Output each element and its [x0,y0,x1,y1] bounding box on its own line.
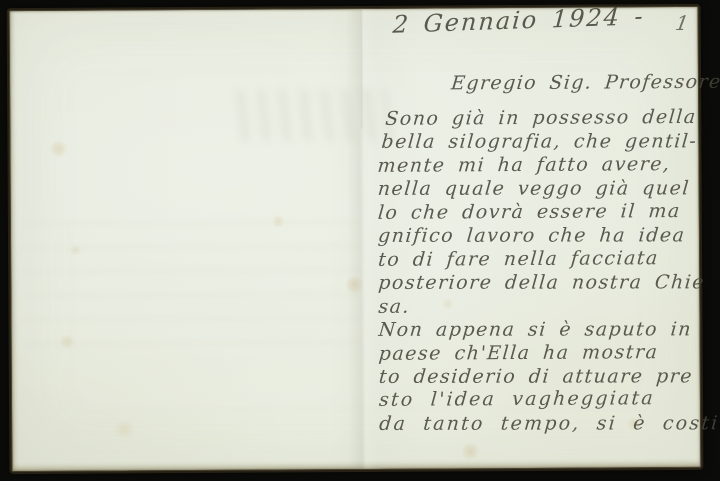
body-line: to desiderio di attuare pre [378,365,708,389]
foxing-stain [460,443,480,459]
body-line: paese ch'Ella ha mostra [378,340,708,365]
foxing-stain [112,420,136,438]
body-line: nella quale veggo già quel [377,178,707,202]
salutation-line: Egregio Sig. Professore, [450,71,720,95]
body-line: gnifico lavoro che ha idea [377,225,707,249]
date-heading: 2 Gennaio 1924 - [392,2,646,39]
letter-scan-paper: 2 Gennaio 1924 - 1 Egregio Sig. Professo… [9,6,702,472]
body-line: sto l'idea vagheggiata [378,387,708,412]
foxing-stain [48,141,68,157]
scanner-background: 2 Gennaio 1924 - 1 Egregio Sig. Professo… [0,0,720,481]
body-line: sa. [377,293,707,318]
page-number: 1 [674,11,691,35]
body-line: posteriore della nostra Chie [377,271,707,295]
body-line: mente mi ha fatto avere, [377,153,707,178]
body-line: Non appena si è saputo in [378,318,708,342]
body-line: to di fare nella facciata [377,247,707,272]
body-line: da tanto tempo, si è costi [378,412,708,436]
letter-body: Sono già in possesso della bella silogra… [376,106,706,436]
body-line: lo che dovrà essere il ma [377,200,707,225]
body-line: bella silografia, che gentil- [380,131,706,155]
bleedthrough-letterhead [235,89,393,142]
bleedthrough-handwriting [23,221,360,355]
body-line: Sono già in possesso della [384,106,706,131]
